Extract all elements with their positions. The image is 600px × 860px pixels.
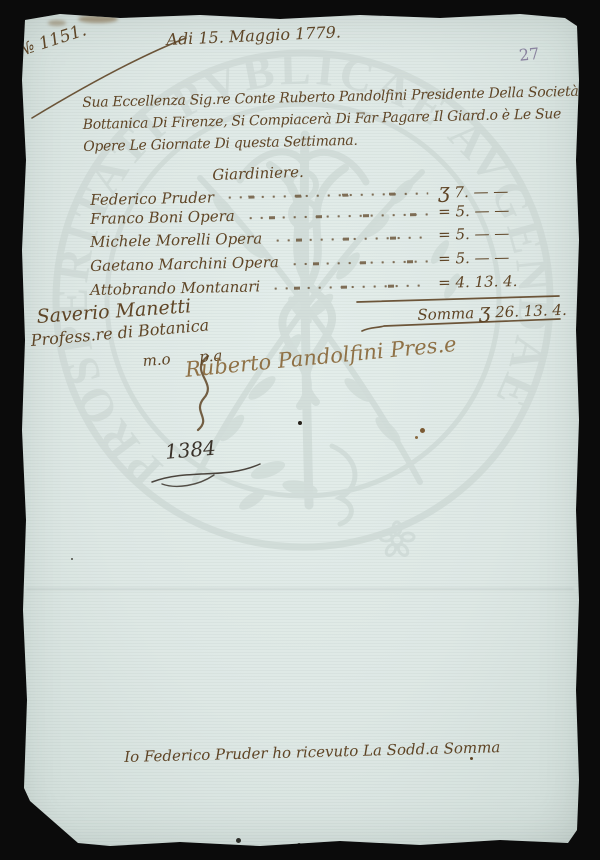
archival-flourish-icon: [32, 38, 186, 118]
ink-speck: [470, 757, 473, 760]
paraph-underline-icon: [162, 475, 214, 486]
signature-left-subscript: m.o p.a: [142, 346, 223, 370]
body-line: Opere Le Giornate Di questa Settimana.: [83, 125, 580, 158]
currency-sign: =: [438, 202, 451, 220]
worker-name: Gaetano Marchini Opera: [90, 253, 279, 275]
amount-value: 5. — —: [455, 201, 509, 220]
worker-name: Federico Pruder: [90, 188, 214, 209]
edge-stain: [78, 15, 118, 23]
signature-left-name: Saverio Manetti: [36, 295, 192, 328]
section-heading: Giardiniere.: [212, 163, 304, 184]
date-line: Adi 15. Maggio 1779.: [166, 22, 341, 49]
total-line: Somma ʒ 26. 13. 4.: [417, 296, 567, 325]
amount-value: 7. — —: [454, 182, 508, 201]
ledger-row: Franco Boni Opera = 5. — —: [90, 200, 560, 228]
caduceus-emblem-icon: [195, 135, 422, 524]
branch-leaves-icon: [209, 176, 463, 513]
watermark-motto: PROSPERITATI PVBLICAE AVGENDAE: [46, 42, 561, 496]
worker-name: Franco Boni Opera: [90, 207, 235, 228]
amount: = 4. 13. 4.: [438, 271, 560, 292]
total-label: Somma: [417, 304, 474, 324]
ledger-row: Michele Morelli Opera = 5. — —: [90, 223, 560, 251]
currency-sign: =: [438, 249, 451, 267]
currency-sign: ʒ: [438, 178, 450, 202]
currency-sign: ʒ: [478, 298, 490, 322]
currency-sign: =: [438, 225, 451, 243]
dot-leader: [224, 191, 428, 198]
ink-speck: [415, 436, 418, 439]
total-value: 26. 13. 4.: [495, 301, 567, 321]
seal-rings-icon: [56, 53, 550, 547]
body-line: Sua Eccellenza Sig.re Conte Ruberto Pand…: [82, 81, 579, 114]
pencil-folio-number: 27: [518, 44, 540, 65]
ink-speck: [71, 558, 73, 560]
ink-flourishes: [0, 0, 600, 860]
watermark-seal: PROSPERITATI PVBLICAE AVGENDAE: [0, 0, 600, 860]
receipt-line: Io Federico Pruder ho ricevuto La Sodd.a…: [124, 738, 501, 766]
signature-left-title: Profess.re di Botanica: [30, 315, 210, 350]
archival-number: № 1151.: [16, 20, 89, 61]
ink-speck: [420, 428, 425, 433]
ink-speck: [297, 843, 301, 847]
body-text: Sua Eccellenza Sig.re Conte Ruberto Pand…: [82, 81, 580, 158]
small-flower-icon: [380, 522, 414, 557]
body-line: Bottanica Di Firenze, Si Compiacerà Di F…: [82, 103, 579, 136]
amount: = 5. — —: [438, 223, 560, 244]
paper-sheet: PROSPERITATI PVBLICAE AVGENDAE: [0, 0, 600, 860]
amount-value: 4. 13. 4.: [455, 272, 517, 291]
ink-speck: [236, 838, 241, 843]
amount: = 5. — —: [438, 247, 560, 268]
signature-right: Ruberto Pandolfini Pres.e: [184, 332, 457, 382]
amount-value: 5. — —: [455, 248, 509, 267]
ink-speck: [298, 421, 302, 425]
dot-leader: [245, 212, 428, 219]
scanned-document-page: PROSPERITATI PVBLICAE AVGENDAE: [0, 0, 600, 860]
ledger-row: Gaetano Marchini Opera = 5. — —: [90, 247, 560, 275]
total-rule-bottom: [362, 319, 560, 331]
total-rule-top: [357, 296, 559, 302]
paraph-underline-icon: [152, 464, 260, 482]
dot-leader: [270, 283, 428, 289]
amount: = 5. — —: [438, 200, 560, 221]
worker-name: Attobrando Montanari: [90, 277, 260, 299]
manetti-paraph-icon: [198, 356, 208, 430]
dot-leader: [272, 235, 428, 241]
paraph-mark: 1384: [164, 436, 217, 464]
amount-value: 5. — —: [455, 224, 509, 243]
ledger-row: Attobrando Montanari = 4. 13. 4.: [90, 271, 560, 299]
worker-name: Michele Morelli Opera: [90, 229, 262, 251]
currency-sign: =: [438, 273, 451, 291]
ledger-row: Federico Pruder ʒ 7. — —: [90, 176, 560, 210]
dot-leader: [289, 259, 428, 265]
amount: ʒ 7. — —: [438, 176, 560, 203]
edge-stain: [48, 20, 66, 26]
paper-crease: [26, 588, 574, 590]
